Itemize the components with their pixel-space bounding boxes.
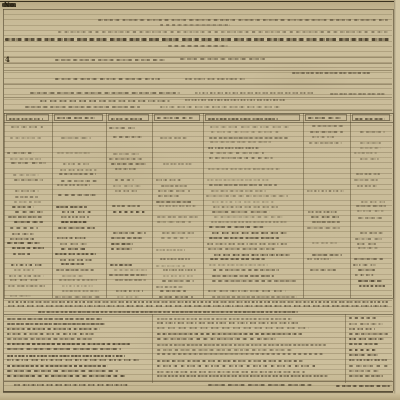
- ruled-line: [4, 306, 392, 307]
- ruled-line: [4, 215, 392, 216]
- text-line: [209, 237, 278, 239]
- text-line: [160, 137, 187, 139]
- text-line: [62, 290, 99, 292]
- text-line: [357, 210, 384, 212]
- text-line: [7, 348, 121, 350]
- text-line: [113, 211, 145, 213]
- text-line: [14, 384, 130, 386]
- ruled-line: [4, 178, 392, 179]
- text-line: [10, 295, 31, 297]
- text-line: [61, 137, 91, 139]
- ruled-line: [4, 189, 392, 190]
- text-line: [61, 221, 88, 223]
- ruled-line: [4, 258, 392, 259]
- text-line: [308, 117, 341, 119]
- ruled-line: [4, 205, 392, 206]
- notes-column-divider: [345, 314, 346, 383]
- text-line: [212, 280, 296, 282]
- entry-number: 4: [5, 55, 10, 64]
- table-header-cell: [54, 114, 103, 121]
- ruled-line: [4, 316, 392, 317]
- section-rule: [4, 314, 393, 315]
- text-line: [15, 190, 40, 192]
- ruled-line: [4, 46, 392, 47]
- paper-stain: [120, 320, 260, 370]
- text-line: [354, 152, 377, 154]
- text-line: [358, 217, 383, 219]
- text-line: [360, 158, 379, 160]
- text-line: [156, 286, 183, 288]
- text-line: [14, 201, 44, 203]
- text-line: [157, 353, 325, 355]
- text-line: [160, 106, 280, 108]
- text-line: [7, 365, 108, 367]
- form-rule: [4, 110, 392, 111]
- text-line: [57, 237, 87, 239]
- text-line: [111, 248, 133, 250]
- text-line: [62, 211, 93, 213]
- text-line: [307, 190, 344, 192]
- text-line: [110, 264, 132, 266]
- ruled-line: [4, 359, 392, 360]
- text-line: [7, 242, 40, 244]
- paper-stain: [60, 140, 180, 200]
- text-line: [168, 45, 228, 47]
- text-line: [55, 78, 160, 80]
- text-line: [57, 184, 90, 186]
- text-line: [38, 311, 298, 313]
- text-line: [12, 233, 35, 235]
- text-line: [360, 142, 382, 144]
- text-line: [209, 137, 288, 139]
- ruled-line: [4, 353, 392, 354]
- text-line: [349, 338, 385, 340]
- text-line: [157, 318, 292, 320]
- ruled-line: [4, 62, 392, 63]
- text-line: [113, 153, 140, 155]
- ruled-line: [4, 94, 392, 95]
- text-line: [157, 338, 276, 340]
- text-line: [157, 365, 317, 367]
- text-line: [355, 274, 374, 276]
- text-line: [307, 227, 340, 229]
- text-line: [116, 290, 142, 292]
- ruled-line: [4, 30, 392, 31]
- ruled-line: [4, 210, 392, 211]
- text-line: [62, 285, 93, 287]
- text-line: [59, 173, 96, 175]
- ruled-line: [4, 162, 392, 163]
- text-line: [209, 264, 269, 266]
- text-line: [209, 226, 264, 228]
- text-line: [55, 59, 165, 61]
- ruled-line: [4, 19, 392, 20]
- text-line: [12, 206, 33, 208]
- text-line: [349, 317, 376, 319]
- text-line: [115, 279, 146, 281]
- ruled-line: [4, 115, 392, 116]
- text-line: [60, 169, 97, 171]
- text-line: [157, 221, 191, 223]
- text-line: [311, 216, 340, 218]
- ruled-line: [4, 72, 392, 73]
- table-header-cell: [305, 114, 347, 121]
- text-line: [111, 237, 142, 239]
- ruled-line: [4, 104, 392, 105]
- text-line: [206, 195, 287, 197]
- table-column-divider: [203, 113, 204, 298]
- ruled-line: [4, 168, 392, 169]
- text-line: [157, 216, 198, 218]
- text-line: [115, 190, 138, 192]
- form-rule: [4, 84, 392, 85]
- form-rule: [4, 57, 392, 58]
- ruled-line: [4, 274, 392, 275]
- text-line: [63, 163, 89, 165]
- ruled-line: [4, 25, 392, 26]
- text-line: [157, 333, 302, 335]
- text-line: [7, 323, 105, 325]
- text-line: [336, 385, 390, 387]
- text-line: [7, 359, 139, 361]
- ruled-line: [4, 295, 392, 296]
- text-line: [61, 216, 89, 218]
- text-line: [160, 24, 230, 26]
- text-line: [61, 180, 97, 182]
- text-line: [111, 163, 146, 165]
- text-line: [353, 264, 376, 266]
- text-line: [109, 158, 142, 160]
- text-line: [156, 201, 193, 203]
- ruled-line: [4, 321, 392, 322]
- text-line: [113, 232, 145, 234]
- notes-column-divider: [152, 314, 153, 383]
- ruled-line: [4, 226, 392, 227]
- text-line: [156, 249, 185, 251]
- text-line: [163, 269, 197, 271]
- text-line: [58, 31, 388, 33]
- text-line: [30, 92, 180, 94]
- form-rule: [4, 97, 392, 98]
- table-header-cell: [154, 114, 200, 121]
- text-line: [349, 333, 388, 335]
- ruled-line: [4, 263, 392, 264]
- text-line: [185, 78, 245, 80]
- text-line: [354, 179, 378, 181]
- text-line: [309, 142, 343, 144]
- scanned-document-page: No. 4: [0, 0, 400, 400]
- text-line: [312, 125, 343, 127]
- ruled-line: [4, 290, 392, 291]
- ruled-line: [4, 247, 392, 248]
- text-line: [209, 157, 274, 159]
- text-line: [13, 174, 40, 176]
- text-line: [11, 126, 43, 128]
- text-line: [7, 338, 92, 340]
- text-line: [159, 205, 195, 207]
- ruled-line: [4, 14, 392, 15]
- text-line: [7, 152, 34, 154]
- ruled-line: [4, 364, 392, 365]
- ruled-line: [4, 141, 392, 142]
- ruled-line: [4, 242, 392, 243]
- form-rule: [4, 63, 392, 64]
- ruled-line: [4, 136, 392, 137]
- text-line: [8, 301, 388, 303]
- text-line: [208, 168, 280, 170]
- section-rule: [4, 381, 393, 382]
- text-line: [157, 371, 305, 373]
- ruled-line: [4, 83, 392, 84]
- text-line: [10, 279, 38, 281]
- ruled-line: [4, 343, 392, 344]
- text-line: [55, 296, 100, 298]
- text-line: [212, 201, 274, 203]
- ruled-line: [4, 385, 392, 386]
- text-line: [349, 359, 387, 361]
- table-header-rule: [4, 122, 393, 123]
- text-line: [157, 375, 328, 377]
- text-line: [209, 184, 277, 186]
- text-line: [349, 354, 378, 356]
- text-line: [213, 269, 278, 271]
- ruled-line: [4, 194, 392, 195]
- text-line: [208, 118, 278, 120]
- table-column-divider: [303, 113, 304, 298]
- text-line: [10, 137, 43, 139]
- ruled-line: [4, 173, 392, 174]
- text-line: [211, 221, 287, 223]
- text-line: [212, 275, 274, 277]
- table-header-cell: [352, 114, 390, 121]
- text-line: [162, 280, 194, 282]
- text-line: [360, 232, 383, 234]
- text-line: [360, 131, 385, 133]
- text-line: [357, 243, 378, 245]
- text-line: [9, 275, 45, 277]
- paper-stain: [250, 60, 350, 100]
- text-line: [156, 265, 185, 267]
- text-line: [56, 269, 94, 271]
- text-line: [213, 206, 280, 208]
- text-line: [211, 131, 280, 133]
- ruled-line: [4, 35, 392, 36]
- text-line: [58, 227, 95, 229]
- text-line: [358, 247, 378, 249]
- ruled-line: [4, 369, 392, 370]
- text-line: [357, 185, 377, 187]
- ruled-line: [4, 67, 392, 68]
- text-line: [354, 258, 383, 260]
- text-line: [57, 152, 90, 154]
- text-line: [113, 136, 142, 138]
- text-line: [158, 190, 190, 192]
- text-line: [356, 205, 386, 207]
- table-column-divider: [106, 113, 107, 298]
- text-line: [14, 269, 35, 271]
- ruled-line: [4, 337, 392, 338]
- table-column-divider: [52, 113, 53, 298]
- text-line: [111, 243, 133, 245]
- text-line: [292, 72, 372, 74]
- text-line: [330, 93, 385, 95]
- form-rule: [4, 70, 392, 71]
- text-line: [56, 206, 87, 208]
- text-line: [60, 243, 87, 245]
- text-line: [210, 152, 264, 154]
- ruled-line: [4, 88, 392, 89]
- ruled-line: [4, 300, 392, 301]
- text-line: [57, 117, 95, 119]
- ruled-line: [4, 268, 392, 269]
- text-line: [7, 355, 125, 357]
- ruled-line: [4, 327, 392, 328]
- ruled-line: [4, 78, 392, 79]
- text-line: [10, 238, 34, 240]
- text-line: [185, 99, 285, 101]
- scan-bottom-edge: [0, 392, 400, 400]
- ruled-line: [4, 56, 392, 57]
- text-line: [55, 253, 96, 255]
- ruled-line: [4, 348, 392, 349]
- table-column-divider: [4, 113, 5, 298]
- border-left: [3, 9, 4, 391]
- text-line: [211, 190, 266, 192]
- table-column-divider: [350, 113, 351, 298]
- text-line: [210, 141, 271, 143]
- text-line: [115, 179, 133, 181]
- table-header-cell: [205, 114, 300, 121]
- ruled-line: [4, 109, 392, 110]
- ruled-line: [4, 279, 392, 280]
- ruled-line: [4, 374, 392, 375]
- text-line: [349, 365, 388, 367]
- text-line: [349, 328, 375, 330]
- text-line: [7, 318, 102, 320]
- text-line: [8, 305, 388, 307]
- text-line: [360, 147, 381, 149]
- text-line: [98, 19, 388, 21]
- text-line: [212, 211, 269, 213]
- text-line: [11, 264, 42, 266]
- text-line: [161, 185, 188, 187]
- text-line: [159, 296, 193, 298]
- text-line: [310, 131, 343, 133]
- text-line: [7, 343, 130, 345]
- text-line: [59, 279, 97, 281]
- text-line: [157, 360, 303, 362]
- scan-right-edge: [394, 0, 400, 400]
- text-line: [5, 38, 391, 41]
- text-line: [13, 253, 32, 255]
- ruled-line: [4, 237, 392, 238]
- text-line: [355, 238, 381, 240]
- text-line: [7, 328, 100, 330]
- text-line: [7, 375, 127, 377]
- text-line: [157, 322, 300, 324]
- text-line: [162, 232, 194, 234]
- text-line: [157, 349, 293, 351]
- border-top: [3, 9, 393, 10]
- text-line: [312, 136, 336, 138]
- text-line: [349, 349, 376, 351]
- text-line: [310, 269, 338, 271]
- text-line: [157, 327, 309, 329]
- text-line: [12, 247, 43, 249]
- table-top-rule: [4, 113, 393, 114]
- ruled-line: [4, 380, 392, 381]
- text-line: [117, 296, 140, 298]
- text-line: [312, 221, 341, 223]
- text-line: [114, 269, 146, 271]
- text-line: [8, 216, 42, 218]
- text-line: [349, 375, 383, 377]
- text-line: [163, 275, 194, 277]
- text-line: [62, 275, 84, 277]
- text-line: [195, 92, 315, 94]
- ruled-line: [4, 221, 392, 222]
- text-line: [10, 227, 37, 229]
- ruled-line: [4, 41, 392, 42]
- text-line: [212, 232, 287, 234]
- text-line: [111, 118, 143, 120]
- text-line: [15, 196, 38, 198]
- document-sheet: [0, 0, 400, 400]
- text-line: [10, 158, 40, 160]
- ruled-line: [4, 51, 392, 52]
- ruled-line: [4, 332, 392, 333]
- text-line: [7, 333, 95, 335]
- text-line: [308, 211, 337, 213]
- text-line: [15, 211, 45, 213]
- text-line: [7, 370, 118, 372]
- text-line: [349, 343, 378, 345]
- text-line: [163, 163, 192, 165]
- text-line: [160, 258, 190, 260]
- text-line: [161, 237, 188, 239]
- text-line: [208, 384, 312, 386]
- text-line: [14, 179, 43, 181]
- ruled-line: [4, 131, 392, 132]
- text-line: [109, 274, 147, 276]
- text-line: [115, 168, 135, 170]
- text-line: [208, 147, 260, 149]
- text-line: [58, 194, 96, 196]
- table-header-cell: [108, 114, 149, 121]
- ruled-line: [4, 125, 392, 126]
- text-line: [207, 243, 288, 245]
- text-line: [160, 290, 185, 292]
- text-line: [349, 370, 379, 372]
- text-line: [11, 162, 46, 164]
- text-line: [361, 201, 385, 203]
- text-line: [208, 290, 286, 292]
- text-line: [25, 106, 140, 108]
- ruled-line: [4, 152, 392, 153]
- text-line: [8, 285, 45, 287]
- text-line: [355, 118, 385, 120]
- text-line: [359, 285, 387, 287]
- table-column-divider: [152, 113, 153, 298]
- text-line: [157, 344, 327, 346]
- text-line: [358, 280, 381, 282]
- text-line: [349, 323, 383, 325]
- text-line: [156, 179, 181, 181]
- table-header-cell: [6, 114, 49, 121]
- ruled-line: [4, 284, 392, 285]
- text-line: [210, 126, 289, 128]
- text-line: [208, 248, 274, 250]
